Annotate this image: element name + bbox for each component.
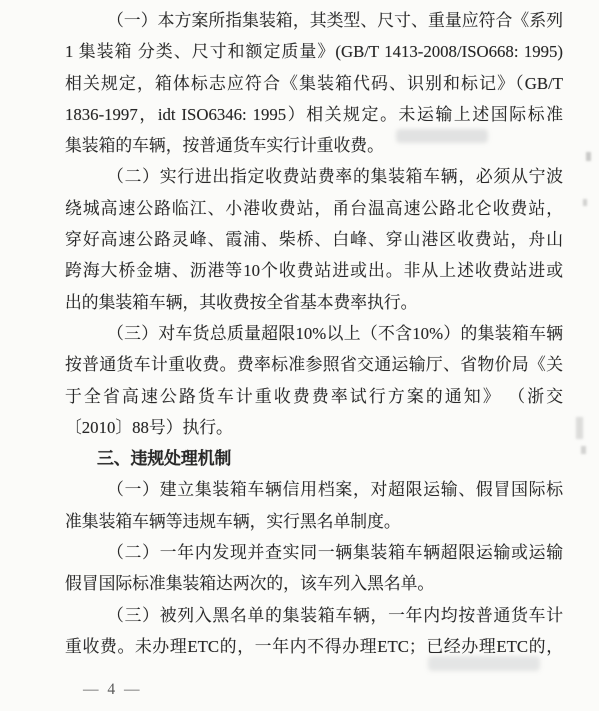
paragraph-line: （一）建立集装箱车辆信用档案，对超限运输、假冒国际标 — [65, 474, 563, 505]
paragraph-line: （一）本方案所指集装箱，其类型、尺寸、重量应符合《系列 — [65, 5, 563, 36]
paragraph-line: （二）一年内发现并查实同一辆集装箱车辆超限运输或运输 — [65, 537, 563, 568]
paragraph-line: （三）对车货总质量超限10%以上（不含10%）的集装箱车辆 — [65, 318, 563, 349]
paragraph-line: 1 集装箱 分类、尺寸和额定质量》(GB/T 1413-2008/ISO668:… — [65, 36, 563, 67]
paragraph-line: 重收费。未办理ETC的，一年内不得办理ETC；已经办理ETC的， — [65, 631, 563, 662]
paragraph-line: 于全省高速公路货车计重收费费率试行方案的通知》 （浙交 — [65, 381, 563, 412]
paragraph-line: 跨海大桥金塘、沥港等10个收费站进或出。非从上述收费站进或 — [65, 255, 563, 286]
paragraph-line: 集装箱的车辆，按普通货车实行计重收费。 — [65, 130, 563, 161]
paragraph-line: 出的集装箱车辆，其收费按全省基本费率执行。 — [65, 287, 563, 318]
paragraph-line: 按普通货车计重收费。费率标准参照省交通运输厅、省物价局《关 — [65, 349, 563, 380]
paragraph-line: 绕城高速公路临江、小港收费站，甬台温高速公路北仑收费站， — [65, 193, 563, 224]
paragraph-line: 准集装箱车辆等违规车辆，实行黑名单制度。 — [65, 506, 563, 537]
paragraph-line: 1836-1997，idt ISO6346: 1995）相关规定。未运输上述国际… — [65, 99, 563, 130]
paragraph-line: （二）实行进出指定收费站费率的集装箱车辆，必须从宁波 — [65, 161, 563, 192]
paragraph-line: （三）被列入黑名单的集装箱车辆，一年内均按普通货车计 — [65, 600, 563, 631]
section-heading: 三、违规处理机制 — [65, 443, 563, 474]
paragraph-line: 假冒国际标准集装箱达两次的，该车列入黑名单。 — [65, 568, 563, 599]
paragraph-line: 相关规定，箱体标志应符合《集装箱代码、识别和标记》（GB/T — [65, 68, 563, 99]
paragraph-line: 穿好高速公路灵峰、霞浦、柴桥、白峰、穿山港区收费站，舟山 — [65, 224, 563, 255]
document-page: （一）本方案所指集装箱，其类型、尺寸、重量应符合《系列 1 集装箱 分类、尺寸和… — [0, 0, 599, 711]
paragraph-line: 〔2010〕88号）执行。 — [65, 412, 563, 443]
page-number: — 4 — — [83, 681, 142, 699]
